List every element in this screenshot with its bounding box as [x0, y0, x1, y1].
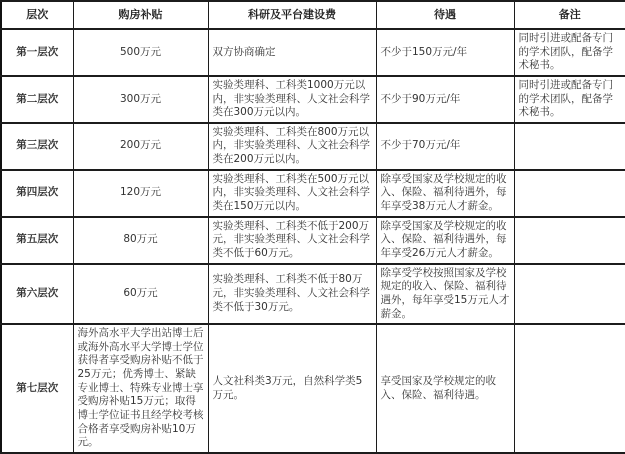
level-cell: 第五层次: [1, 217, 73, 264]
research-cell: 双方协商确定: [208, 29, 376, 76]
subsidy-cell: 60万元: [73, 264, 208, 325]
table-row: 第一层次 500万元 双方协商确定 不少于150万元/年 同时引进或配备专门的学…: [1, 29, 625, 76]
remark-cell: [514, 264, 625, 325]
header-remark: 备注: [514, 1, 625, 29]
remark-cell: [514, 324, 625, 453]
level-cell: 第三层次: [1, 123, 73, 170]
table-row: 第六层次 60万元 实验类理科、工科类不低于80万元，非实验类理科、人文社会科学…: [1, 264, 625, 325]
remark-cell: [514, 170, 625, 217]
treatment-cell: 除享受国家及学校规定的收入、保险、福利待遇外，每年享受26万元人才薪金。: [376, 217, 514, 264]
research-cell: 实验类理科、工科类在800万元以内，非实验类理科、人文社会科学类在200万元以内…: [208, 123, 376, 170]
level-cell: 第七层次: [1, 324, 73, 453]
treatment-cell: 不少于90万元/年: [376, 76, 514, 123]
table-row: 第五层次 80万元 实验类理科、工科类不低于200万元，非实验类理科、人文社会科…: [1, 217, 625, 264]
treatment-cell: 享受国家及学校规定的收入、保险、福利待遇。: [376, 324, 514, 453]
level-cell: 第一层次: [1, 29, 73, 76]
subsidy-cell: 500万元: [73, 29, 208, 76]
subsidy-cell: 200万元: [73, 123, 208, 170]
table-row: 第七层次 海外高水平大学出站博士后或海外高水平大学博士学位获得者享受购房补贴不低…: [1, 324, 625, 453]
treatment-cell: 除享受学校按照国家及学校规定的收入、保险、福利待遇外，每年享受15万元人才薪金。: [376, 264, 514, 325]
remark-cell: 同时引进或配备专门的学术团队，配备学术秘书。: [514, 29, 625, 76]
subsidy-cell: 300万元: [73, 76, 208, 123]
subsidy-cell: 80万元: [73, 217, 208, 264]
research-cell: 实验类理科、工科类在500万元以内，非实验类理科、人文社会科学类在150万元以内…: [208, 170, 376, 217]
research-cell: 实验类理科、工科类不低于80万元，非实验类理科、人文社会科学类不低于30万元。: [208, 264, 376, 325]
table-row: 第三层次 200万元 实验类理科、工科类在800万元以内，非实验类理科、人文社会…: [1, 123, 625, 170]
header-row: 层次 购房补贴 科研及平台建设费 待遇 备注: [1, 1, 625, 29]
header-subsidy: 购房补贴: [73, 1, 208, 29]
research-cell: 人文社科类3万元，自然科学类5万元。: [208, 324, 376, 453]
remark-cell: [514, 123, 625, 170]
table-row: 第四层次 120万元 实验类理科、工科类在500万元以内，非实验类理科、人文社会…: [1, 170, 625, 217]
level-cell: 第二层次: [1, 76, 73, 123]
research-cell: 实验类理科、工科类不低于200万元，非实验类理科、人文社会科学类不低于60万元。: [208, 217, 376, 264]
level-cell: 第四层次: [1, 170, 73, 217]
remark-cell: 同时引进或配备专门的学术团队，配备学术秘书。: [514, 76, 625, 123]
research-cell: 实验类理科、工科类1000万元以内，非实验类理科、人文社会科学类在300万元以内…: [208, 76, 376, 123]
treatment-cell: 不少于150万元/年: [376, 29, 514, 76]
header-level: 层次: [1, 1, 73, 29]
subsidy-cell: 海外高水平大学出站博士后或海外高水平大学博士学位获得者享受购房补贴不低于25万元…: [73, 324, 208, 453]
header-treatment: 待遇: [376, 1, 514, 29]
treatment-cell: 除享受国家及学校规定的收入、保险、福利待遇外，每年享受38万元人才薪金。: [376, 170, 514, 217]
talent-benefits-table: 层次 购房补贴 科研及平台建设费 待遇 备注 第一层次 500万元 双方协商确定…: [0, 0, 625, 454]
table-row: 第二层次 300万元 实验类理科、工科类1000万元以内，非实验类理科、人文社会…: [1, 76, 625, 123]
level-cell: 第六层次: [1, 264, 73, 325]
header-research: 科研及平台建设费: [208, 1, 376, 29]
remark-cell: [514, 217, 625, 264]
subsidy-cell: 120万元: [73, 170, 208, 217]
treatment-cell: 不少于70万元/年: [376, 123, 514, 170]
